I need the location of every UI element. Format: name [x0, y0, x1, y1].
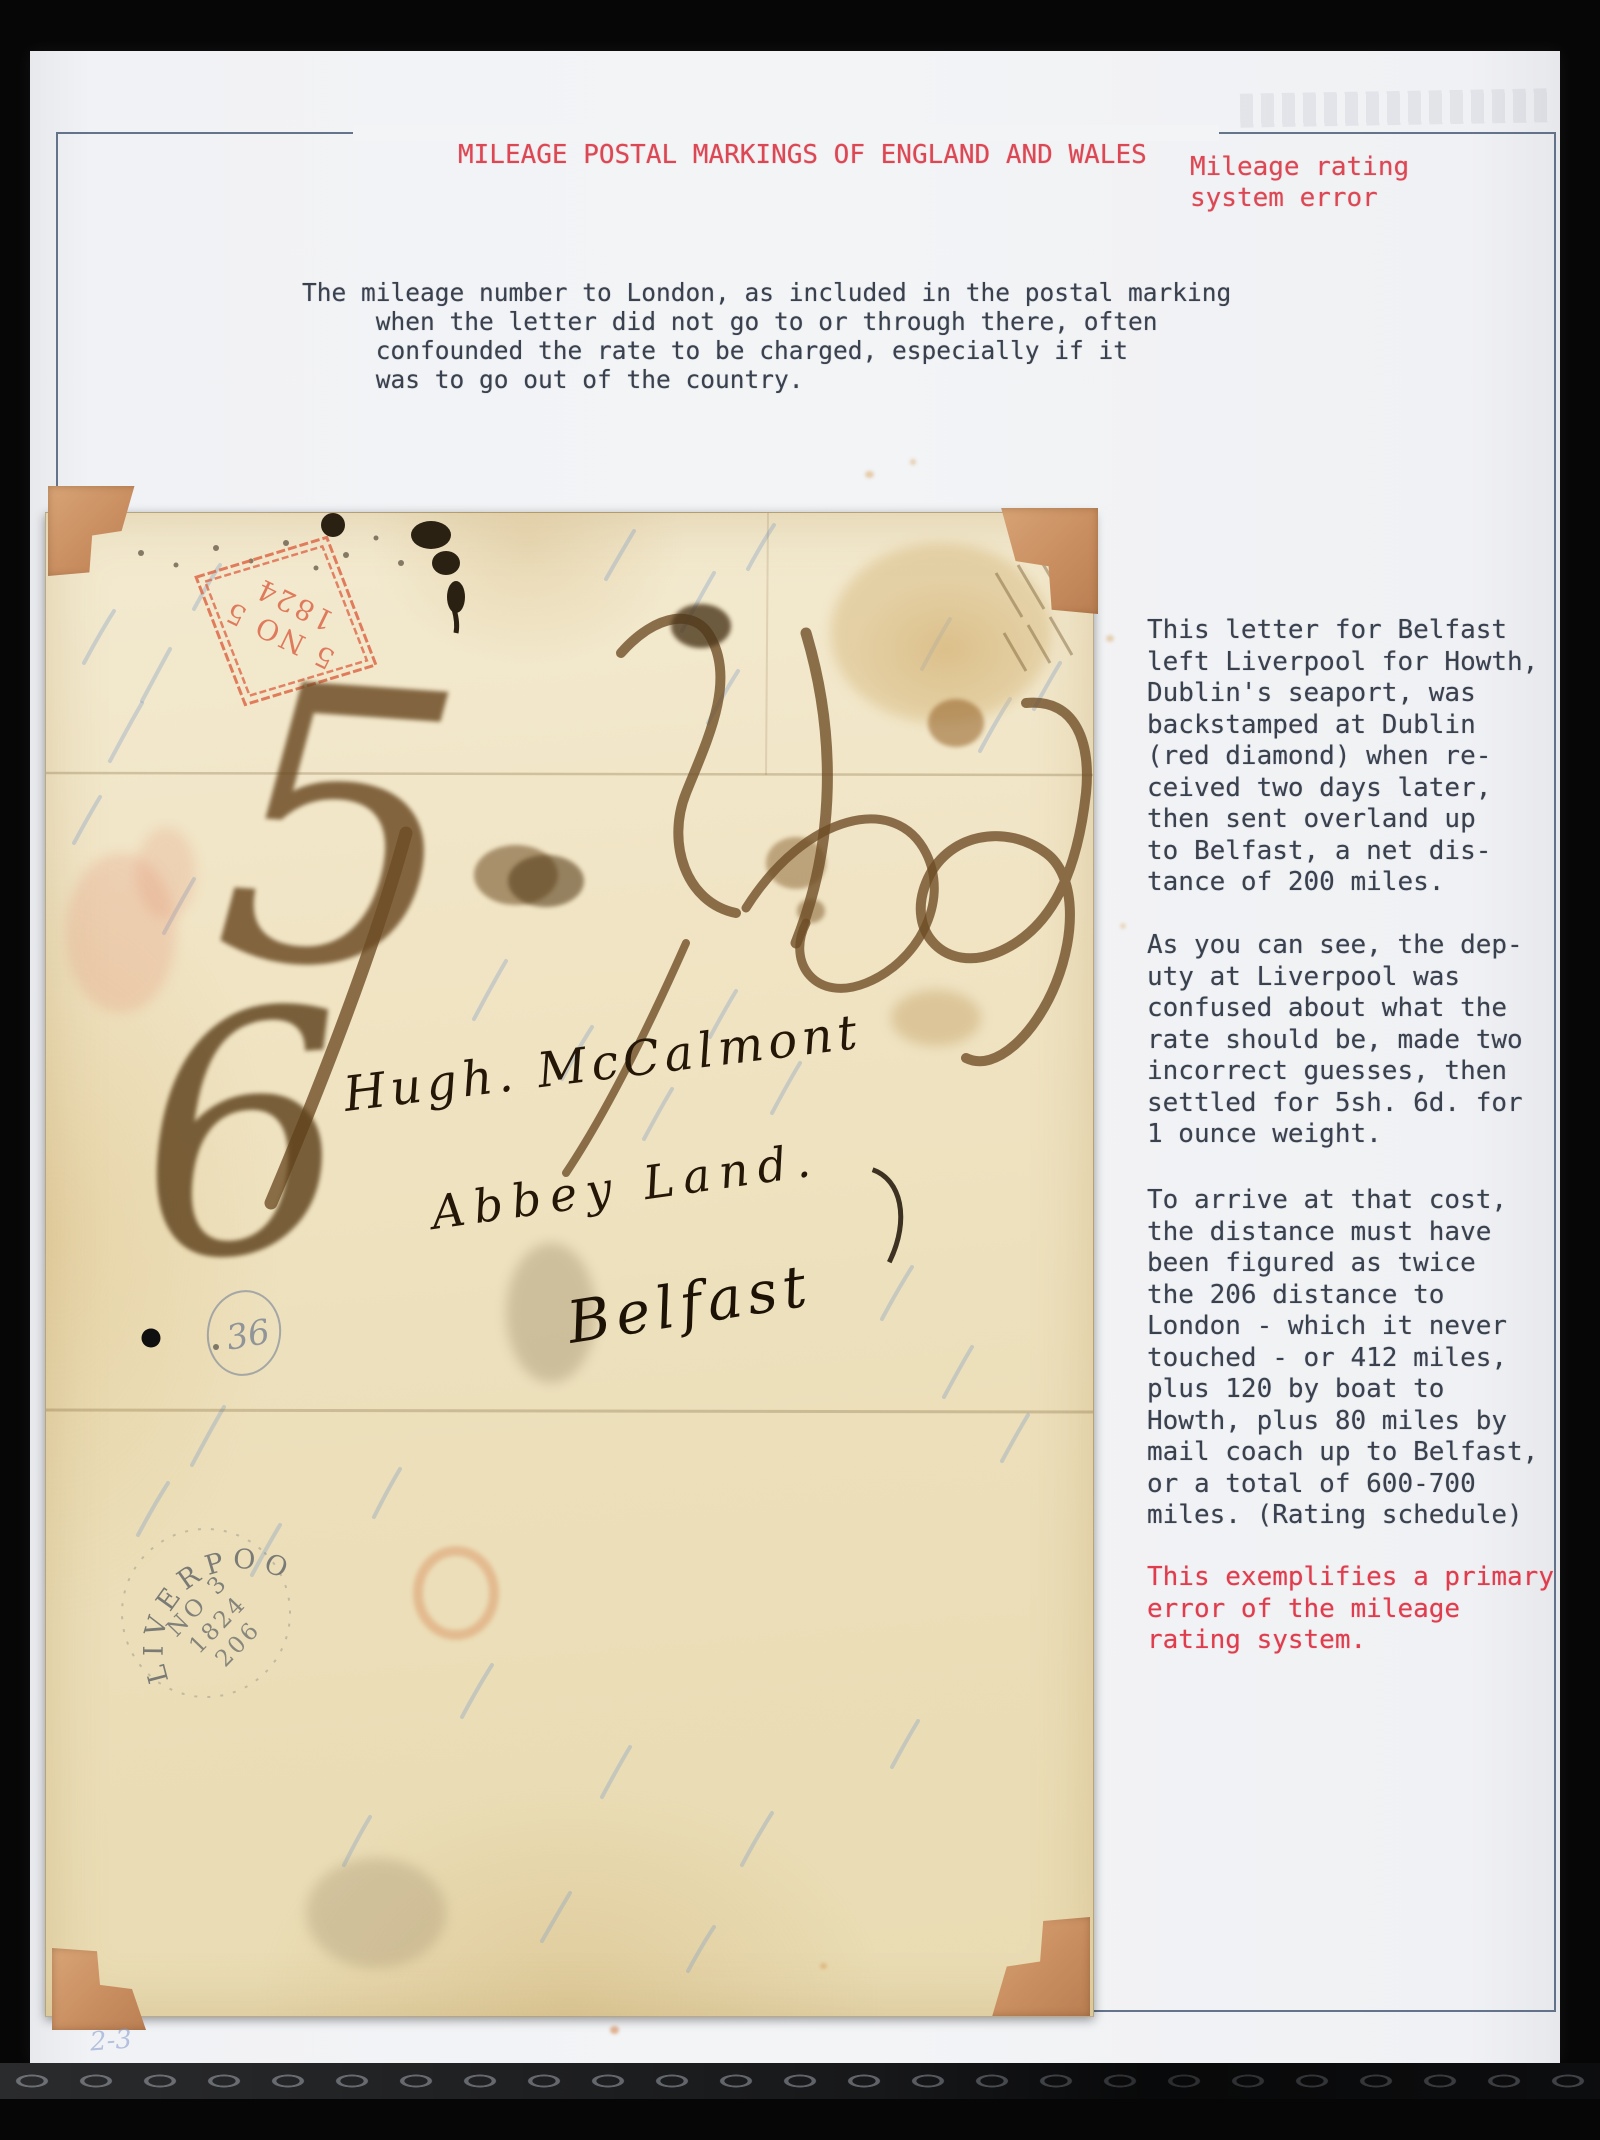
ink-dot [142, 1329, 161, 1348]
foxing-spot [1106, 635, 1114, 642]
address-street: Abbey Land. [424, 1132, 822, 1240]
page-title: MILEAGE POSTAL MARKINGS OF ENGLAND AND W… [458, 140, 1147, 170]
binder-strip [0, 2063, 1600, 2099]
foxing-spot [865, 471, 874, 478]
address-city: Belfast [562, 1251, 817, 1357]
album-page: MILEAGE POSTAL MARKINGS OF ENGLAND AND W… [30, 51, 1560, 2063]
letter-cover: 5 NO 5 1824 5 6 [45, 512, 1094, 2017]
description-paragraph-2: As you can see, the dep- uty at Liverpoo… [1147, 930, 1523, 1151]
foxing-spot [1120, 923, 1126, 929]
intro-paragraph: The mileage number to London, as include… [302, 278, 1231, 394]
description-paragraph-1: This letter for Belfast left Liverpool f… [1147, 615, 1538, 899]
foxing-spot [610, 2026, 619, 2034]
description-paragraph-3: To arrive at that cost, the distance mus… [1147, 1185, 1538, 1532]
pencil-footnote: 2-3 [89, 2025, 133, 2058]
letter-markings: 5 NO 5 1824 5 6 [46, 513, 1093, 2016]
ghost-print-artifact [1240, 88, 1551, 127]
ruled-border-gap [353, 125, 1219, 141]
conclusion-paragraph: This exemplifies a primary error of the … [1147, 1562, 1554, 1657]
scanned-album-page: MILEAGE POSTAL MARKINGS OF ENGLAND AND W… [0, 0, 1600, 2140]
annotation-heading: Mileage rating system error [1190, 152, 1409, 214]
pencil-number: 36 [223, 1312, 273, 1359]
rate-figure-6: 6 [125, 938, 361, 1336]
address-block: Hugh. McCalmont Abbey Land. Belfast [340, 1004, 909, 1357]
foxing-spot [910, 459, 916, 465]
foxing-spot [820, 1963, 827, 1969]
